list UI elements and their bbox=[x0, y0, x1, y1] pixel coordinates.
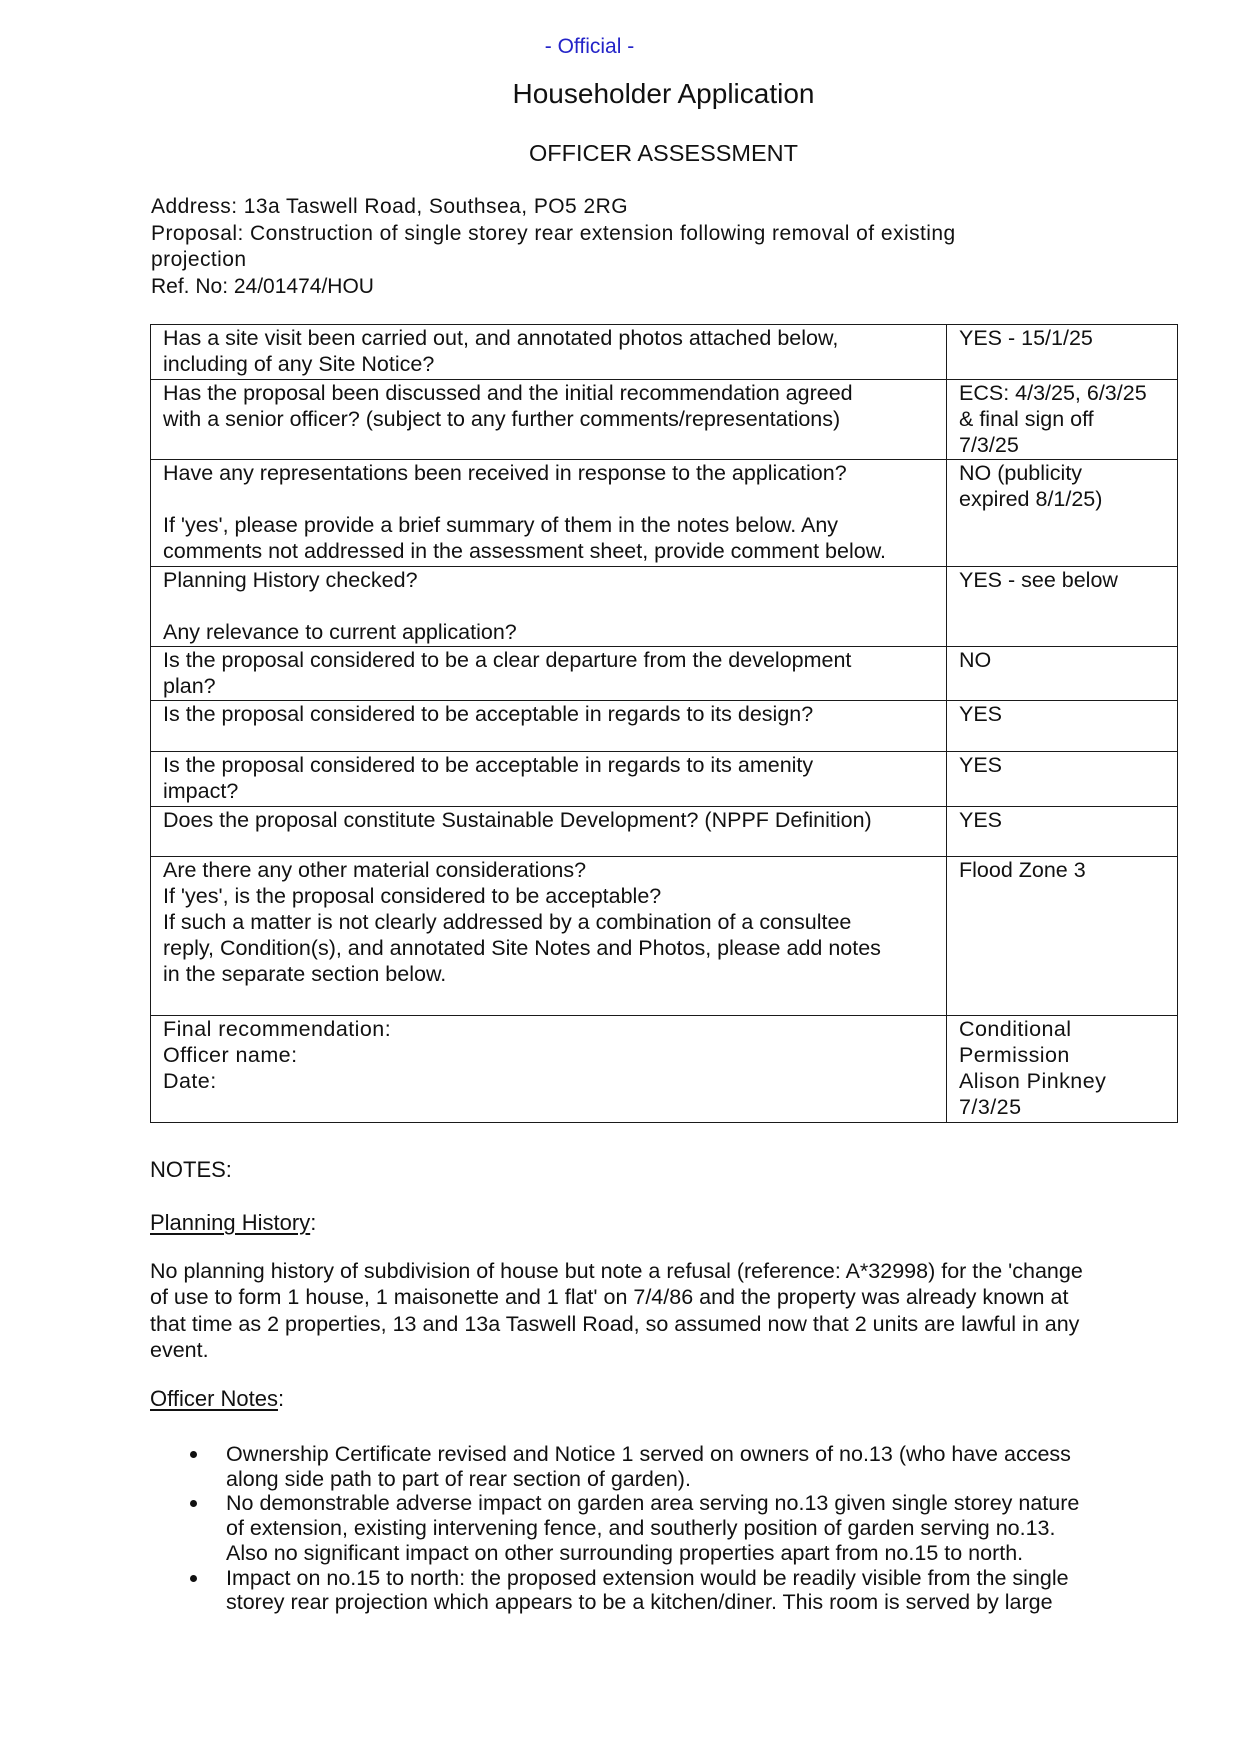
bullet-text-line: No demonstrable adverse impact on garden… bbox=[226, 1491, 1190, 1516]
proposal-line-continued: projection bbox=[151, 247, 1181, 274]
paragraph-line: of use to form 1 house, 1 maisonette and… bbox=[150, 1284, 1180, 1310]
question-cell: Planning History checked? Any relevance … bbox=[151, 567, 947, 647]
table-row: Final recommendation: Officer name: Date… bbox=[151, 1016, 1178, 1123]
answer-cell: Flood Zone 3 bbox=[947, 857, 1178, 1016]
bullet-icon bbox=[190, 1451, 197, 1458]
question-cell: Are there any other material considerati… bbox=[151, 857, 947, 1016]
answer-cell: YES bbox=[947, 752, 1178, 807]
answer-cell: ECS: 4/3/25, 6/3/25 & final sign off 7/3… bbox=[947, 380, 1178, 460]
table-row: Has a site visit been carried out, and a… bbox=[151, 325, 1178, 380]
list-item: No demonstrable adverse impact on garden… bbox=[150, 1491, 1190, 1565]
answer-cell: YES bbox=[947, 701, 1178, 752]
paragraph-line: No planning history of subdivision of ho… bbox=[150, 1258, 1180, 1284]
notes-heading: NOTES: bbox=[150, 1157, 232, 1183]
table-row: Is the proposal considered to be accepta… bbox=[151, 752, 1178, 807]
table-row: Has the proposal been discussed and the … bbox=[151, 380, 1178, 460]
officer-notes-heading: Officer Notes: bbox=[150, 1386, 284, 1412]
paragraph-line: event. bbox=[150, 1337, 1180, 1363]
officer-notes-list: Ownership Certificate revised and Notice… bbox=[150, 1442, 1190, 1615]
question-cell: Has the proposal been discussed and the … bbox=[151, 380, 947, 460]
paragraph-line: that time as 2 properties, 13 and 13a Ta… bbox=[150, 1311, 1180, 1337]
proposal-line: Proposal: Construction of single storey … bbox=[151, 221, 1181, 248]
bullet-text-line: Impact on no.15 to north: the proposed e… bbox=[226, 1566, 1190, 1591]
planning-history-paragraph: No planning history of subdivision of ho… bbox=[150, 1258, 1180, 1363]
planning-history-heading: Planning History: bbox=[150, 1210, 316, 1236]
question-cell: Final recommendation: Officer name: Date… bbox=[151, 1016, 947, 1123]
answer-cell: YES bbox=[947, 807, 1178, 857]
bullet-text-line: along side path to part of rear section … bbox=[226, 1467, 1190, 1492]
answer-cell: YES - see below bbox=[947, 567, 1178, 647]
bullet-text-line: storey rear projection which appears to … bbox=[226, 1590, 1190, 1615]
answer-cell: Conditional Permission Alison Pinkney 7/… bbox=[947, 1016, 1178, 1123]
question-cell: Have any representations been received i… bbox=[151, 460, 947, 567]
bullet-text-line: Also no significant impact on other surr… bbox=[226, 1541, 1190, 1566]
classification-label: - Official - bbox=[0, 33, 1241, 61]
answer-cell: NO bbox=[947, 647, 1178, 701]
question-cell: Does the proposal constitute Sustainable… bbox=[151, 807, 947, 857]
document-title: Householder Application bbox=[150, 77, 1177, 111]
answer-cell: NO (publicity expired 8/1/25) bbox=[947, 460, 1178, 567]
bullet-text-line: Ownership Certificate revised and Notice… bbox=[226, 1442, 1190, 1467]
address-line: Address: 13a Taswell Road, Southsea, PO5… bbox=[151, 194, 1181, 221]
table-row: Are there any other material considerati… bbox=[151, 857, 1178, 1016]
application-details: Address: 13a Taswell Road, Southsea, PO5… bbox=[151, 194, 1181, 300]
table-row: Is the proposal considered to be accepta… bbox=[151, 701, 1178, 752]
table-row: Have any representations been received i… bbox=[151, 460, 1178, 567]
list-item: Impact on no.15 to north: the proposed e… bbox=[150, 1566, 1190, 1615]
reference-number: Ref. No: 24/01474/HOU bbox=[151, 274, 1181, 301]
bullet-text-line: of extension, existing intervening fence… bbox=[226, 1516, 1190, 1541]
question-cell: Has a site visit been carried out, and a… bbox=[151, 325, 947, 380]
table-row: Does the proposal constitute Sustainable… bbox=[151, 807, 1178, 857]
bullet-icon bbox=[190, 1500, 197, 1507]
question-cell: Is the proposal considered to be accepta… bbox=[151, 752, 947, 807]
answer-cell: YES - 15/1/25 bbox=[947, 325, 1178, 380]
bullet-icon bbox=[190, 1575, 197, 1582]
table-row: Is the proposal considered to be a clear… bbox=[151, 647, 1178, 701]
question-cell: Is the proposal considered to be accepta… bbox=[151, 701, 947, 752]
document-subtitle: OFFICER ASSESSMENT bbox=[150, 138, 1177, 168]
table-row: Planning History checked? Any relevance … bbox=[151, 567, 1178, 647]
assessment-table: Has a site visit been carried out, and a… bbox=[150, 324, 1178, 1123]
list-item: Ownership Certificate revised and Notice… bbox=[150, 1442, 1190, 1491]
question-cell: Is the proposal considered to be a clear… bbox=[151, 647, 947, 701]
